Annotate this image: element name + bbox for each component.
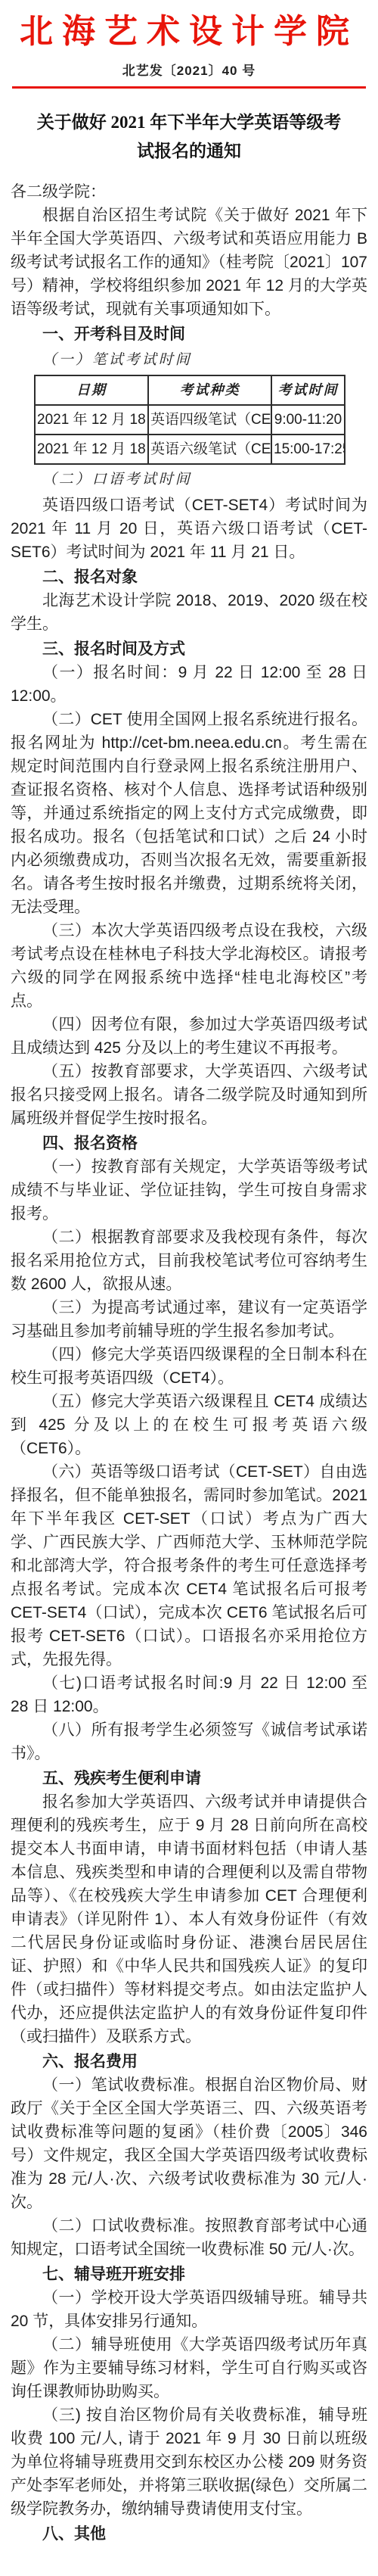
oral-exam-sub-heading: （二）口语考试时间: [11, 468, 367, 491]
table-header-exam-type: 考试种类: [148, 375, 271, 405]
section-4-item-4: （四）修完大学英语四级课程的全日制本科在校生可报考英语四级（CET4）。: [11, 1343, 367, 1390]
section-heading-6: 六、报名费用: [11, 2050, 367, 2073]
section-heading-2: 二、报名对象: [11, 565, 367, 589]
oral-exam-paragraph: 英语四级口语考试（CET-SET4）考试时间为 2021 年 11 月 20 日…: [11, 494, 367, 564]
school-letterhead-title: 北海艺术设计学院: [11, 9, 367, 54]
table-header-date: 日期: [35, 375, 148, 405]
section-3-item-2: （二）CET 使用全国网上报名系统进行报名。报名网址为 http://cet-b…: [11, 708, 367, 919]
notice-title: 关于做好 2021 年下半年大学英语等级考试报名的通知: [33, 108, 345, 165]
section-3-item-5: （五）按教育部要求，大学英语四、六级考试报名只接受网上报名。请各二级学院及时通知…: [11, 1060, 367, 1130]
table-header-row: 日期 考试种类 考试时间: [35, 375, 345, 405]
section-heading-1: 一、开考科目及时间: [11, 322, 367, 346]
cell-date: 2021 年 12 月 18 日: [35, 435, 148, 464]
section-7-item-3: （三) 按自治区物价局有关收费标准，辅导班收费 100 元/人, 请于 2021…: [11, 2403, 367, 2521]
section-heading-5: 五、残疾考生便利申请: [11, 1767, 367, 1790]
written-exam-schedule-table: 日期 考试种类 考试时间 2021 年 12 月 18 日 英语四级笔试（CET…: [34, 375, 345, 465]
section-4-item-2: （二）根据教育部要求及我校现有条件，每次报名采用抢位方式，目前我校笔试考位可容纳…: [11, 1226, 367, 1296]
section-4-item-7: （七)口语考试报名时间:9 月 22 日 12:00 至 28 日 12:00。: [11, 1671, 367, 1718]
section-heading-7: 七、辅导班开班安排: [11, 2263, 367, 2286]
table-row: 2021 年 12 月 18 日 英语四级笔试（CET4） 9:00-11:20: [35, 405, 345, 435]
notice-document: 北海艺术设计学院 北艺发〔2021〕40 号 关于做好 2021 年下半年大学英…: [0, 0, 378, 2576]
section-4-item-3: （三）为提高考试通过率，建议有一定英语学习基础且参加考前辅导班的学生报名参加考试…: [11, 1296, 367, 1343]
section-4-item-5: （五）修完大学英语六级课程且 CET4 成绩达到 425 分及以上的在校生可报考…: [11, 1390, 367, 1460]
section-3-item-1: （一）报名时间：9 月 22 日 12:00 至 28 日 12:00。: [11, 661, 367, 708]
section-7-item-1: （一）学校开设大学英语四级辅导班。辅导共 20 节，具体安排另行通知。: [11, 2286, 367, 2333]
section-5-paragraph: 报名参加大学英语四、六级考试并申请提供合理便利的残疾考生，应于 9 月 28 日…: [11, 1790, 367, 2048]
cell-exam-type: 英语六级笔试（CET6）: [148, 435, 271, 464]
cell-exam-time: 15:00-17:25: [271, 435, 345, 464]
section-heading-3: 三、报名时间及方式: [11, 637, 367, 661]
section-3-item-4: （四）因考位有限，参加过大学英语四级考试且成绩达到 425 分及以上的考生建议不…: [11, 1013, 367, 1060]
written-exam-sub-heading: （一）笔试考试时间: [11, 348, 367, 372]
document-number: 北艺发〔2021〕40 号: [11, 60, 367, 79]
section-heading-4: 四、报名资格: [11, 1132, 367, 1155]
letterhead-divider: [12, 86, 366, 89]
section-7-item-2: （二）辅导班使用《大学英语四级考试历年真题》作为主要辅导练习材料，学生可自行购买…: [11, 2333, 367, 2403]
table-header-exam-time: 考试时间: [271, 375, 345, 405]
section-4-item-6: （六）英语等级口语考试（CET-SET）自由选择报名，但不能单独报名，需同时参加…: [11, 1460, 367, 1671]
section-6-item-1: （一）笔试收费标准。根据自治区物价局、财政厅《关于全区全国大学英语三、四、六级英…: [11, 2073, 367, 2214]
section-heading-8: 八、其他: [11, 2522, 367, 2546]
section-3-item-3: （三）本次大学英语四级考点设在我校，六级考试考点设在桂林电子科技大学北海校区。请…: [11, 919, 367, 1013]
cell-date: 2021 年 12 月 18 日: [35, 405, 148, 435]
notice-body: 各二级学院： 根据自治区招生考试院《关于做好 2021 年下半年全国大学英语四、…: [11, 180, 367, 2546]
cell-exam-type: 英语四级笔试（CET4）: [148, 405, 271, 435]
section-6-item-2: （二）口试收费标准。按照教育部考试中心通知规定，口语考试全国统一收费标准 50 …: [11, 2214, 367, 2261]
section-4-item-8: （八）所有报考学生必须签写《诚信考试承诺书》。: [11, 1718, 367, 1765]
section-2-paragraph: 北海艺术设计学院 2018、2019、2020 级在校学生。: [11, 589, 367, 636]
cell-exam-time: 9:00-11:20: [271, 405, 345, 435]
table-row: 2021 年 12 月 18 日 英语六级笔试（CET6） 15:00-17:2…: [35, 435, 345, 464]
section-4-item-1: （一）按教育部有关规定，大学英语等级考试成绩不与毕业证、学位证挂钩，学生可按自身…: [11, 1155, 367, 1226]
salutation: 各二级学院：: [11, 180, 367, 204]
intro-paragraph: 根据自治区招生考试院《关于做好 2021 年下半年全国大学英语四、六级考试和英语…: [11, 204, 367, 321]
